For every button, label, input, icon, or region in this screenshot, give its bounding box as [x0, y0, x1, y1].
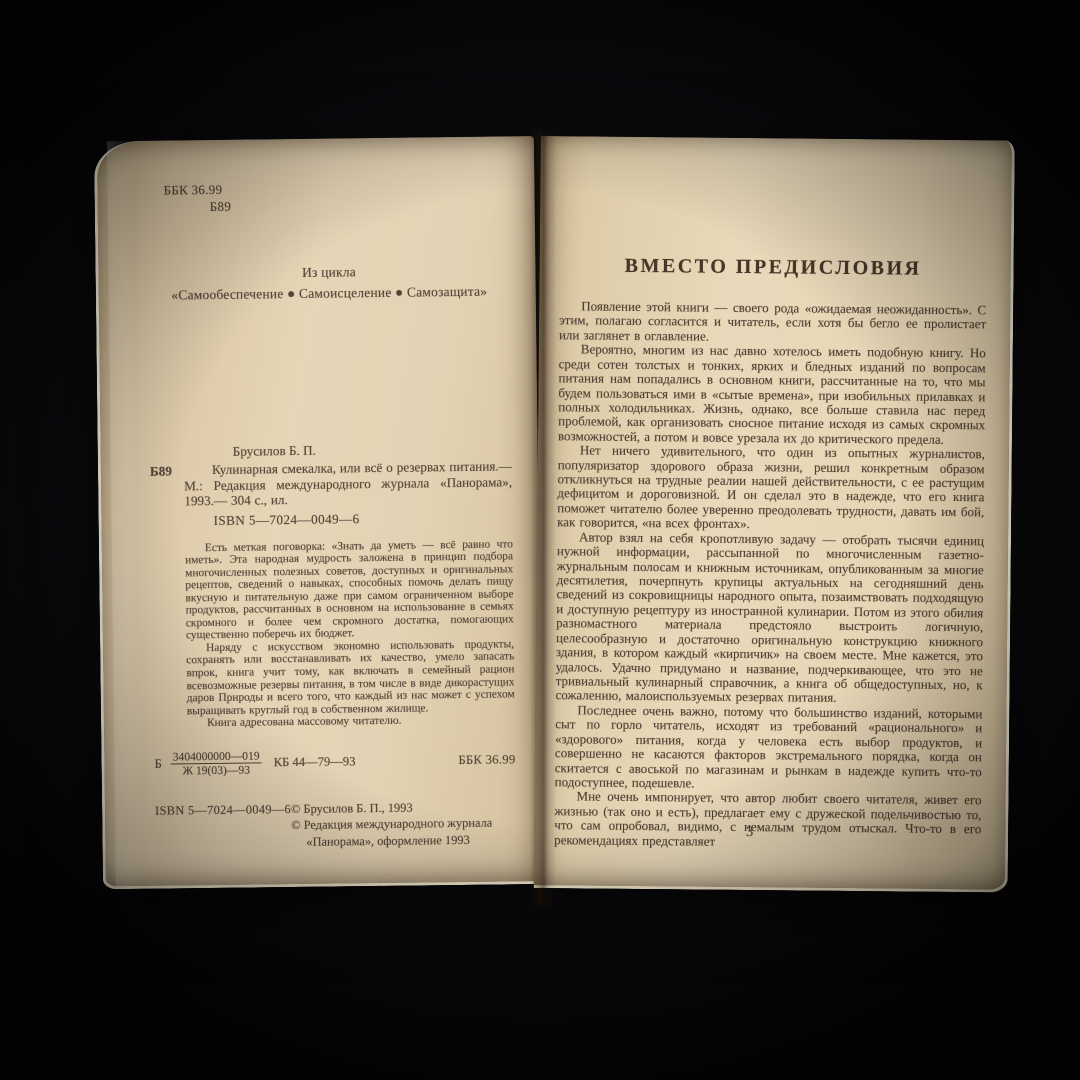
annotation-paragraph: Есть меткая поговорка: «Знать да уметь —… [185, 538, 514, 642]
preface-paragraph: Вероятно, многим из нас давно хотелось и… [558, 342, 986, 447]
preface-paragraph: Нет ничего удивительного, что один из оп… [557, 443, 985, 534]
annotation-block: Есть меткая поговорка: «Знать да уметь —… [185, 538, 515, 730]
isbn-copyright-row: ISBN 5—7024—0049—6 © Брусилов Б. П., 199… [155, 798, 517, 852]
catalog-card-block: Брусилов Б. П. Б89 Кулинарная смекалка, … [151, 440, 513, 529]
right-page-preface: ВМЕСТО ПРЕДИСЛОВИЯ Появление этой книги … [534, 136, 1015, 893]
catalog-entry-code: Б89 [150, 464, 172, 480]
series-titles-line: «Самообеспечение ● Самоисцеление ● Самоз… [149, 281, 510, 306]
catalog-entry: Б89 Кулинарная смекалка, или всё о резер… [151, 459, 513, 510]
author-sign-code: Б89 [210, 195, 509, 216]
isbn-line-top: ISBN 5—7024—0049—6 [213, 509, 512, 528]
bbk-classification-block: ББК 36.99 Б89 [163, 178, 508, 216]
bbk-code-right: ББК 36.99 [458, 753, 515, 769]
series-block: Из цикла «Самообеспечение ● Самоисцелени… [148, 260, 509, 306]
left-page-imprint: ББК 36.99 Б89 Из цикла «Самообеспечение … [94, 136, 543, 889]
kb-code: КБ 44—79—93 [274, 755, 356, 771]
copyright-block: © Брусилов Б. П., 1993 © Редакция междун… [291, 798, 517, 850]
preface-paragraph: Последнее очень важно, потому что больши… [555, 703, 983, 794]
preface-paragraph: Автор взял на себя кропотливую задачу — … [555, 530, 984, 707]
bibliographic-citation: Кулинарная смекалка, или всё о резервах … [184, 459, 513, 510]
open-book-photo: ББК 36.99 Б89 Из цикла «Самообеспечение … [98, 136, 1012, 888]
preface-paragraph: Появление этой книги — своего рода «ожид… [559, 299, 986, 346]
copyright-publisher: © Редакция международного журнала «Панор… [291, 815, 517, 850]
preface-title: ВМЕСТО ПРЕДИСЛОВИЯ [560, 254, 987, 281]
code-prefix: Б [154, 757, 161, 772]
print-codes-row: Б 3404000000—019 Ж 19(03)—93 КБ 44—79—93… [154, 746, 515, 779]
annotation-paragraph: Книга адресована массовому читателю. [187, 713, 515, 730]
code-denominator: Ж 19(03)—93 [171, 764, 262, 779]
preface-body: Появление этой книги — своего рода «ожид… [554, 299, 986, 851]
isbn-line-bottom: ISBN 5—7024—0049—6 [155, 801, 291, 852]
author-line: Брусилов Б. П. [233, 440, 512, 459]
print-code-fraction: 3404000000—019 Ж 19(03)—93 [171, 749, 262, 778]
annotation-paragraph: Наряду с искусством экономно использоват… [186, 638, 515, 717]
code-numerator: 3404000000—019 [171, 749, 262, 765]
photo-background: ББК 36.99 Б89 Из цикла «Самообеспечение … [0, 0, 1080, 1080]
